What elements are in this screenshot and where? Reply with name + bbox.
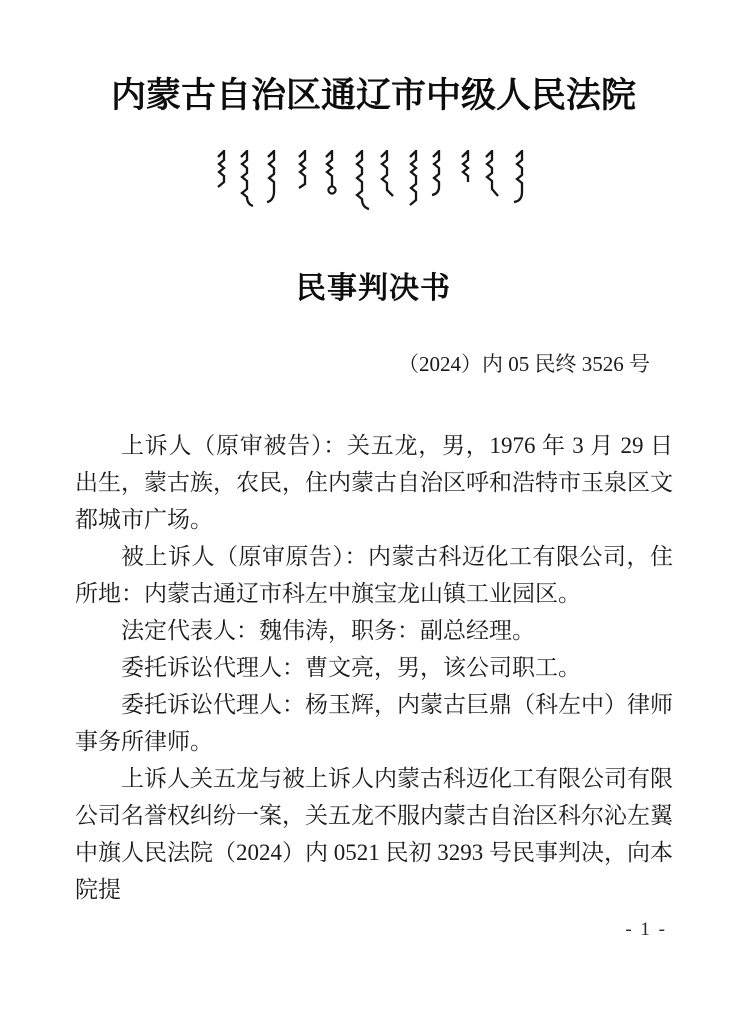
paragraph-case-introduction: 上诉人关五龙与被上诉人内蒙古科迈化工有限公司有限公司名誉权纠纷一案，关五龙不服内…: [75, 760, 673, 908]
document-type-title: 民事判决书: [0, 272, 747, 306]
page-number: - 1 -: [625, 919, 667, 941]
judgment-document-page: 内蒙古自治区通辽市中级人民法院: [0, 0, 747, 1016]
paragraph-appellee-info: 被上诉人（原审原告）：内蒙古科迈化工有限公司，住所地：内蒙古通辽市科左中旗宝龙山…: [75, 538, 673, 612]
mongolian-script-icon: [204, 150, 544, 222]
mongolian-script-title: [204, 150, 544, 222]
paragraph-appellant-info: 上诉人（原审被告）：关五龙，男，1976 年 3 月 29 日出生，蒙古族，农民…: [75, 427, 673, 538]
case-number: （2024）内 05 民终 3526 号: [75, 351, 673, 377]
court-name-title: 内蒙古自治区通辽市中级人民法院: [0, 77, 747, 115]
paragraph-legal-representative: 法定代表人：魏伟涛，职务：副总经理。: [75, 612, 673, 649]
paragraph-litigation-agent-2: 委托诉讼代理人：杨玉辉，内蒙古巨鼎（科左中）律师事务所律师。: [75, 686, 673, 760]
paragraph-litigation-agent-1: 委托诉讼代理人：曹文亮，男，该公司职工。: [75, 649, 673, 686]
judgment-body: 上诉人（原审被告）：关五龙，男，1976 年 3 月 29 日出生，蒙古族，农民…: [75, 427, 673, 908]
